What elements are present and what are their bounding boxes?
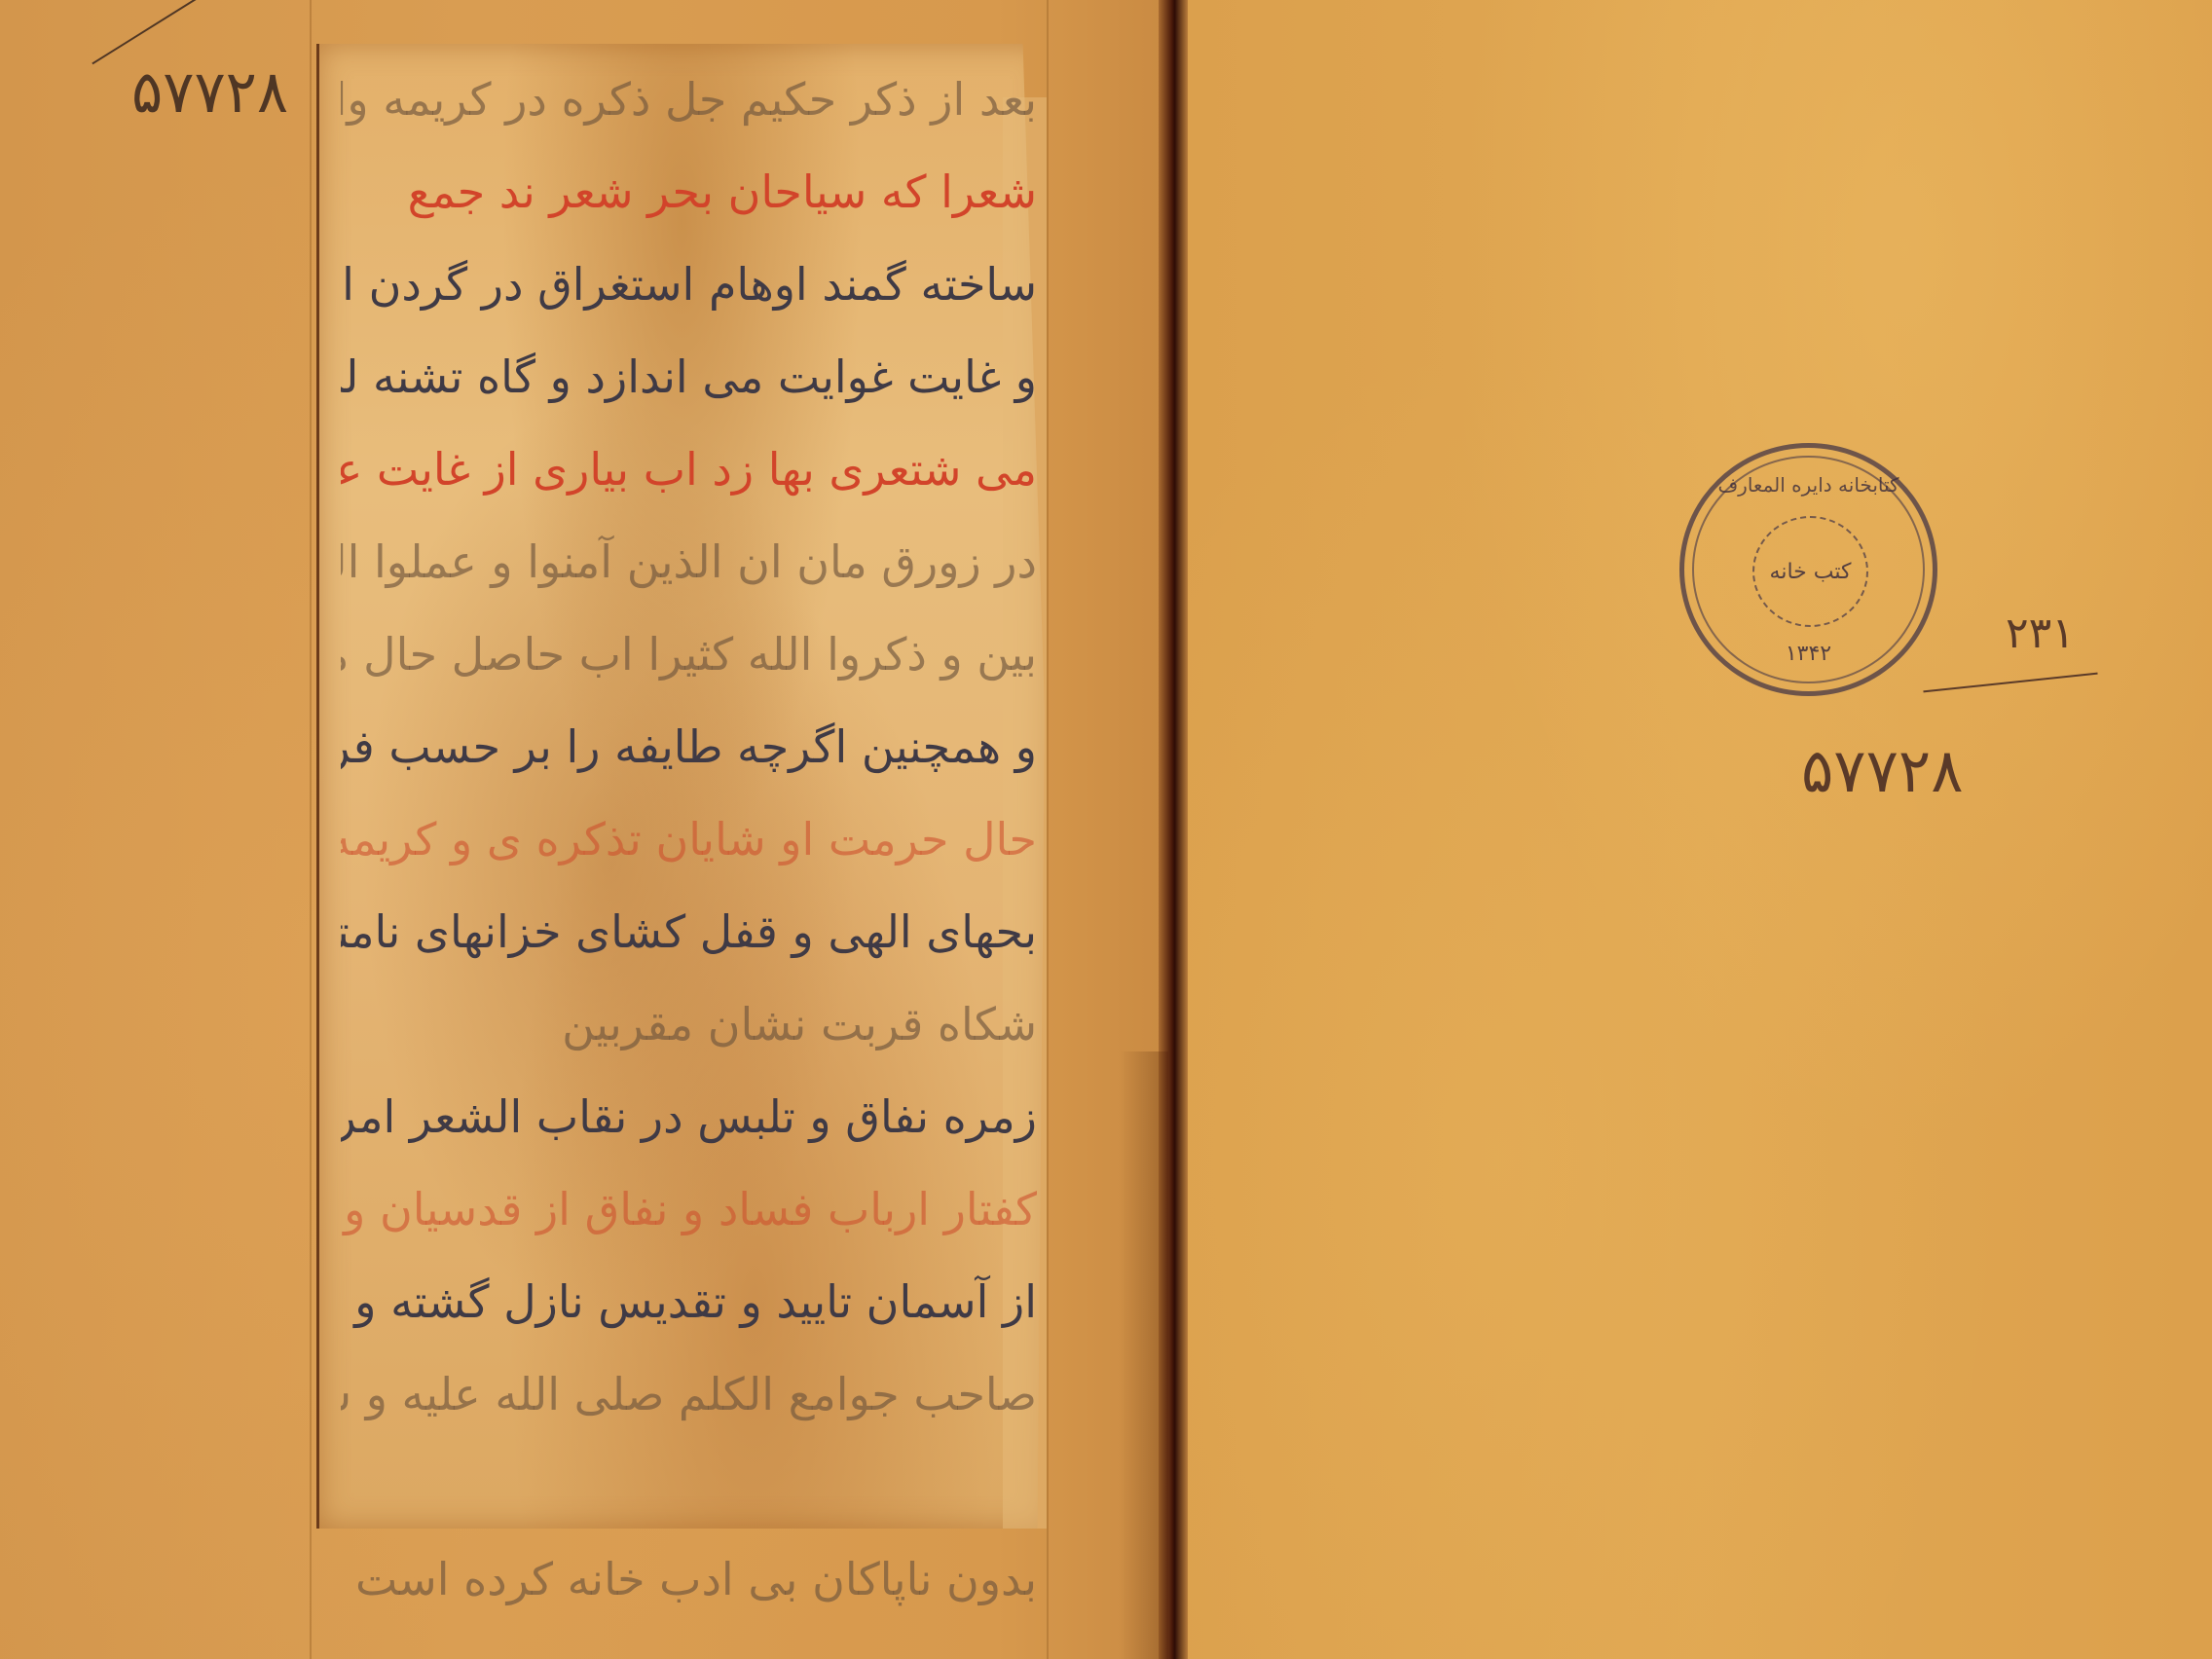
text-line-4: و غایت غوایت می اندازد و گاه تشنه لب در … [341, 331, 1037, 424]
stamp-center-text: کتب خانه [1770, 560, 1852, 584]
text-line-8: و همچنین اگرچه طایفه را بر حسب فرموده اح… [341, 701, 1037, 793]
right-page [1188, 0, 2212, 1659]
mount-line-right [1047, 0, 1049, 1659]
text-line-14: از آسمان تایید و تقدیس نازل گشته و بالجم… [341, 1256, 1037, 1348]
mount-line-left [310, 0, 312, 1659]
stamp-center: کتب خانه [1752, 516, 1868, 627]
manuscript-text: بعد از ذکر حکیم جل ذکره در کریمه والشعرا… [341, 54, 1037, 1626]
stamp-year: ۱۳۴۲ [1684, 642, 1933, 666]
text-line-9: حال حرمت او شایان تذکره ی و کریمه ی [341, 793, 1037, 886]
text-line-15: صاحب جوامع الکلم صلی الله علیه و سلم فرم… [341, 1348, 1037, 1441]
text-line-11: شکاه قربت نشان مقربین [341, 978, 1037, 1071]
pencil-stroke [92, 0, 200, 64]
text-line-3: ساخته گمند اوهام استغراق در گردن انداخته… [341, 239, 1037, 331]
folio-note: ۲۳۱ [2006, 608, 2075, 658]
text-line-6: در زورق مان ان الذین آمنوا و عملوا الصال… [341, 516, 1037, 608]
text-line-5: می شتعری بها زد اب بیاری از غایت عطش هیچ… [341, 424, 1037, 516]
text-line-17: بدون ناپاکان بی ادب خانه کرده است ترا و … [341, 1533, 1037, 1626]
text-line-16 [341, 1441, 1037, 1533]
manuscript-spread: ۵۷۷۲۸ بعد از ذکر حکیم جل ذکره در کریمه و… [0, 0, 2212, 1659]
text-line-13: کفتار ارباب فساد و نفاق از قدسیان و علما… [341, 1163, 1037, 1256]
text-line-1: بعد از ذکر حکیم جل ذکره در کریمه والشعرا… [341, 54, 1037, 146]
accession-number: ۵۷۷۲۸ [1801, 735, 1964, 806]
text-line-7: بین و ذکروا الله کثیرا اب حاصل حال مصاحب… [341, 608, 1037, 701]
library-seal-stamp: کتابخانه دایره المعارف کتب خانه ۱۳۴۲ [1679, 443, 1937, 696]
corner-accession-number: ۵۷۷۲۸ [131, 58, 288, 127]
binding-gutter [1159, 0, 1188, 1659]
stamp-outer-text: کتابخانه دایره المعارف [1684, 473, 1933, 497]
text-line-12: زمره نفاق و تلبس در نقاب الشعر امر من مز… [341, 1071, 1037, 1163]
text-line-10: بحهای الهی و قفل کشای خزانهای نامتناهی ا… [341, 886, 1037, 978]
text-line-2: شعرا که سیاحان بحر شعر ند جمع [341, 146, 1037, 239]
